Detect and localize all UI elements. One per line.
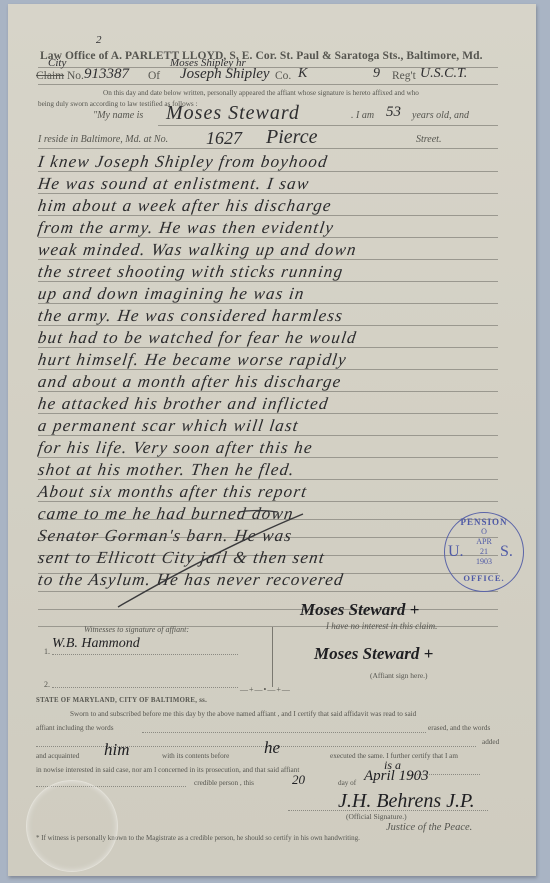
interest-line: in nowise interested in said case, nor a… (36, 766, 299, 774)
stamp-mark: O (445, 527, 523, 536)
testimony-line: About six months after this report (37, 482, 309, 502)
company-label: Co. (275, 70, 291, 82)
ornamental-divider: —+—•—+— (240, 685, 291, 694)
law-office-header: Law Office of A. PARLETT LLOYD, S. E. Co… (40, 50, 483, 62)
testimony-line: the street shooting with sticks running (37, 262, 345, 282)
testimony-line: for his life. Very soon after this he (37, 438, 315, 458)
testimony-line: but had to be watched for fear he would (37, 328, 359, 348)
state-line: STATE OF MARYLAND, CITY OF BALTIMORE, ss… (36, 697, 207, 704)
testimony-line: he attacked his brother and inflicted (37, 394, 331, 414)
stamp-year: 1903 (445, 557, 523, 566)
affiant-name: Moses Steward (166, 102, 300, 125)
testimony-line: I knew Joseph Shipley from boyhood (37, 152, 330, 172)
testimony-line: He was sound at enlistment. I saw (37, 174, 311, 194)
erased-label: erased, and the words (428, 724, 490, 732)
witnesses-label: Witnesses to signature of affiant: (84, 625, 189, 634)
closing-pen-stroke (98, 509, 318, 609)
credible-label: credible person , this (194, 779, 254, 787)
affiant-sign-label: (Affiant sign here.) (370, 671, 428, 680)
house-number: 1627 (206, 128, 242, 149)
day-value: 20 (292, 772, 305, 788)
stamp-day: 21 (445, 547, 523, 556)
age-label: . I am (351, 110, 374, 121)
name-label: "My name is (93, 110, 143, 121)
justice-title: Justice of the Peace. (386, 822, 472, 833)
ruled-line (38, 609, 498, 610)
day-of-label: day of (338, 779, 356, 787)
official-signature-label: (Official Signature.) (346, 812, 407, 821)
added-words-line (36, 746, 476, 747)
no-label: No. (67, 70, 84, 82)
company-value: K (298, 66, 307, 82)
stamp-top-text: PENSION (445, 517, 523, 527)
witness-1-line (52, 654, 238, 655)
witness-2-line (52, 687, 238, 688)
witness-1-signature: W.B. Hammond (52, 636, 140, 652)
regiment-label: Reg't (392, 70, 416, 82)
testimony-line: him about a week after his discharge (37, 196, 334, 216)
claimant-name: Joseph Shipley (180, 66, 270, 83)
of-label: Of (148, 70, 160, 82)
pencil-mark: 2 (96, 34, 102, 46)
street-label: Street. (416, 134, 441, 145)
no-interest-text: I have no interest in this claim. (326, 621, 437, 631)
sworn-line: Sworn to and subscribed before me this d… (70, 710, 416, 718)
month-year-value: April 1903 (364, 768, 429, 785)
affiant-signature-1: Moses Steward + (300, 600, 419, 620)
age-suffix: years old, and (412, 110, 469, 121)
acquainted-value: him (104, 740, 130, 760)
witness-1-number: 1. (44, 647, 50, 656)
claim-line: Claim No. (36, 70, 84, 82)
street-name: Pierce (266, 126, 317, 149)
claim-rule (38, 84, 498, 85)
handwritten-city: City (48, 57, 66, 69)
reside-label: I reside in Baltimore, Md. at No. (38, 134, 168, 145)
regiment-value: U.S.C.T. (420, 66, 467, 82)
including-words-line (142, 732, 426, 733)
including-words-label: affiant including the words (36, 724, 114, 732)
official-signature-line (288, 810, 488, 811)
testimony-line: a permanent scar which will last (37, 416, 301, 436)
testimony-line: weak minded. Was walking up and down (37, 240, 359, 260)
affiant-signature-2: Moses Steward + (314, 644, 433, 664)
testimony-line: hurt himself. He became worse rapidly (37, 350, 349, 370)
testimony-line: up and down imagining he was in (37, 284, 307, 304)
name-rule (158, 125, 498, 126)
testimony-line: and about a month after his discharge (37, 372, 343, 392)
witness-2-number: 2. (44, 680, 50, 689)
claim-number: 913387 (84, 66, 129, 83)
contents-value: he (264, 738, 280, 758)
embossed-seal (26, 780, 118, 872)
witness-bracket (272, 627, 273, 687)
contents-label: with its contents before (162, 752, 229, 760)
affiant-age: 53 (386, 104, 401, 121)
testimony-line: from the army. He was then evidently (37, 218, 336, 238)
pension-office-stamp: PENSION O U. S. APR 21 1903 OFFICE. (444, 512, 524, 592)
added-label: added (482, 738, 499, 746)
regiment-number: 9 (373, 66, 380, 82)
preamble-line-1: On this day and date below written, pers… (103, 89, 419, 97)
acquainted-label: and acquainted (36, 752, 79, 760)
stamp-bottom-text: OFFICE. (445, 573, 523, 583)
testimony-line: the army. He was considered harmless (37, 306, 345, 326)
claim-label: Claim (36, 70, 64, 82)
residence-rule (38, 148, 498, 149)
stamp-month: APR (445, 537, 523, 546)
affidavit-page: 2 Law Office of A. PARLETT LLOYD, S. E. … (8, 4, 536, 876)
testimony-line: shot at his mother. Then he fled. (37, 460, 297, 480)
